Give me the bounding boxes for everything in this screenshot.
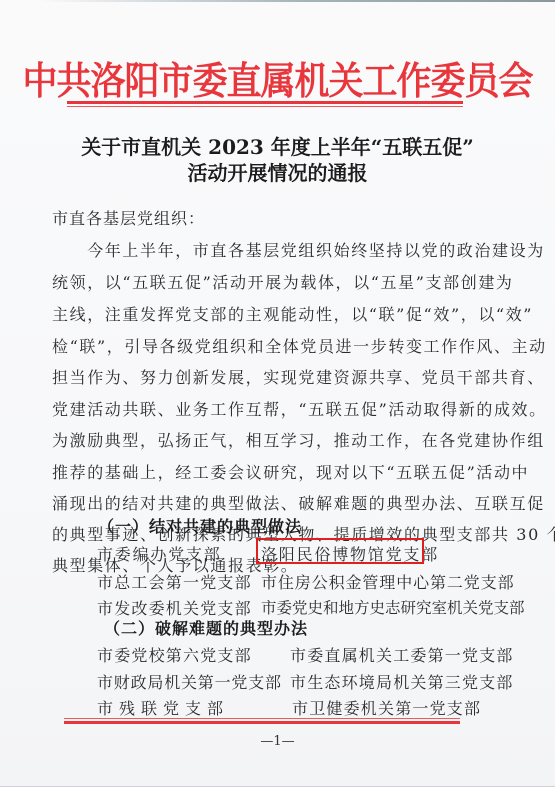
footer-rule-thin	[64, 718, 460, 719]
body-line: 主线，注重发挥党支部的主观能动性，以“联”促“效”，以“效”	[52, 302, 512, 325]
document-title-line2: 活动开展情况的通报	[0, 157, 555, 186]
masthead-rule-thin	[67, 106, 463, 107]
body-line: 党建活动共联、业务工作互帮，“五联五促”活动取得新的成效。	[52, 397, 512, 420]
body-line: 推荐的基础上，经工委会议研究，现对以下“五联五促”活动中	[52, 460, 512, 483]
body-line: 担当作为、努力创新发展，实现党建资源共享、党员干部共育、	[52, 365, 512, 388]
scan-edge	[40, 0, 555, 2]
document-title-line1: 关于市直机关 2023 年度上半年“五联五促”	[0, 131, 555, 160]
unit-name: 市残联党支部	[97, 696, 229, 719]
section-heading: （二）破解难题的典型办法	[104, 616, 308, 639]
unit-name: 市委党史和地方史志研究室机关党支部	[261, 596, 525, 618]
unit-name: 市生态环境局机关第三党支部	[290, 670, 514, 693]
masthead-title: 中共洛阳市委直属机关工作委员会	[0, 52, 555, 106]
body-line: 为激励典型，弘扬正气，相互学习，推动工作，在各党建协作组	[52, 428, 512, 451]
body-line: 今年上半年，市直各基层党组织始终坚持以党的政治建设为	[52, 238, 512, 261]
unit-name: 市总工会第一党支部	[97, 570, 252, 593]
salutation: 市直各基层党组织：	[52, 206, 205, 229]
body-line: 统领，以“五联五促”活动开展为载体，以“五星”支部创建为	[52, 270, 512, 293]
unit-name: 市委编办党支部	[97, 542, 222, 565]
body-line: 涌现出的结对共建的典型做法、破解难题的典型办法、互联互促	[52, 491, 512, 514]
page-number: —1—	[0, 734, 555, 749]
unit-name: 市委直属机关工委第一党支部	[290, 643, 514, 666]
unit-name: 市住房公积金管理中心第二党支部	[261, 570, 515, 593]
highlight-box	[256, 538, 424, 564]
unit-name: 市卫健委机关第一党支部	[292, 696, 481, 719]
section-heading: （一）结对共建的典型做法	[98, 514, 302, 537]
footer-rule-thick	[64, 721, 460, 724]
masthead-rule-thick	[67, 101, 463, 104]
unit-name: 市委党校第六党支部	[97, 643, 252, 666]
body-line: 检“联”，引导各级党组织和全体党员进一步转变工作作风、主动	[52, 334, 512, 357]
document-page: 中共洛阳市委直属机关工作委员会 关于市直机关 2023 年度上半年“五联五促” …	[0, 0, 555, 787]
unit-name: 市财政局机关第一党支部	[97, 670, 282, 693]
